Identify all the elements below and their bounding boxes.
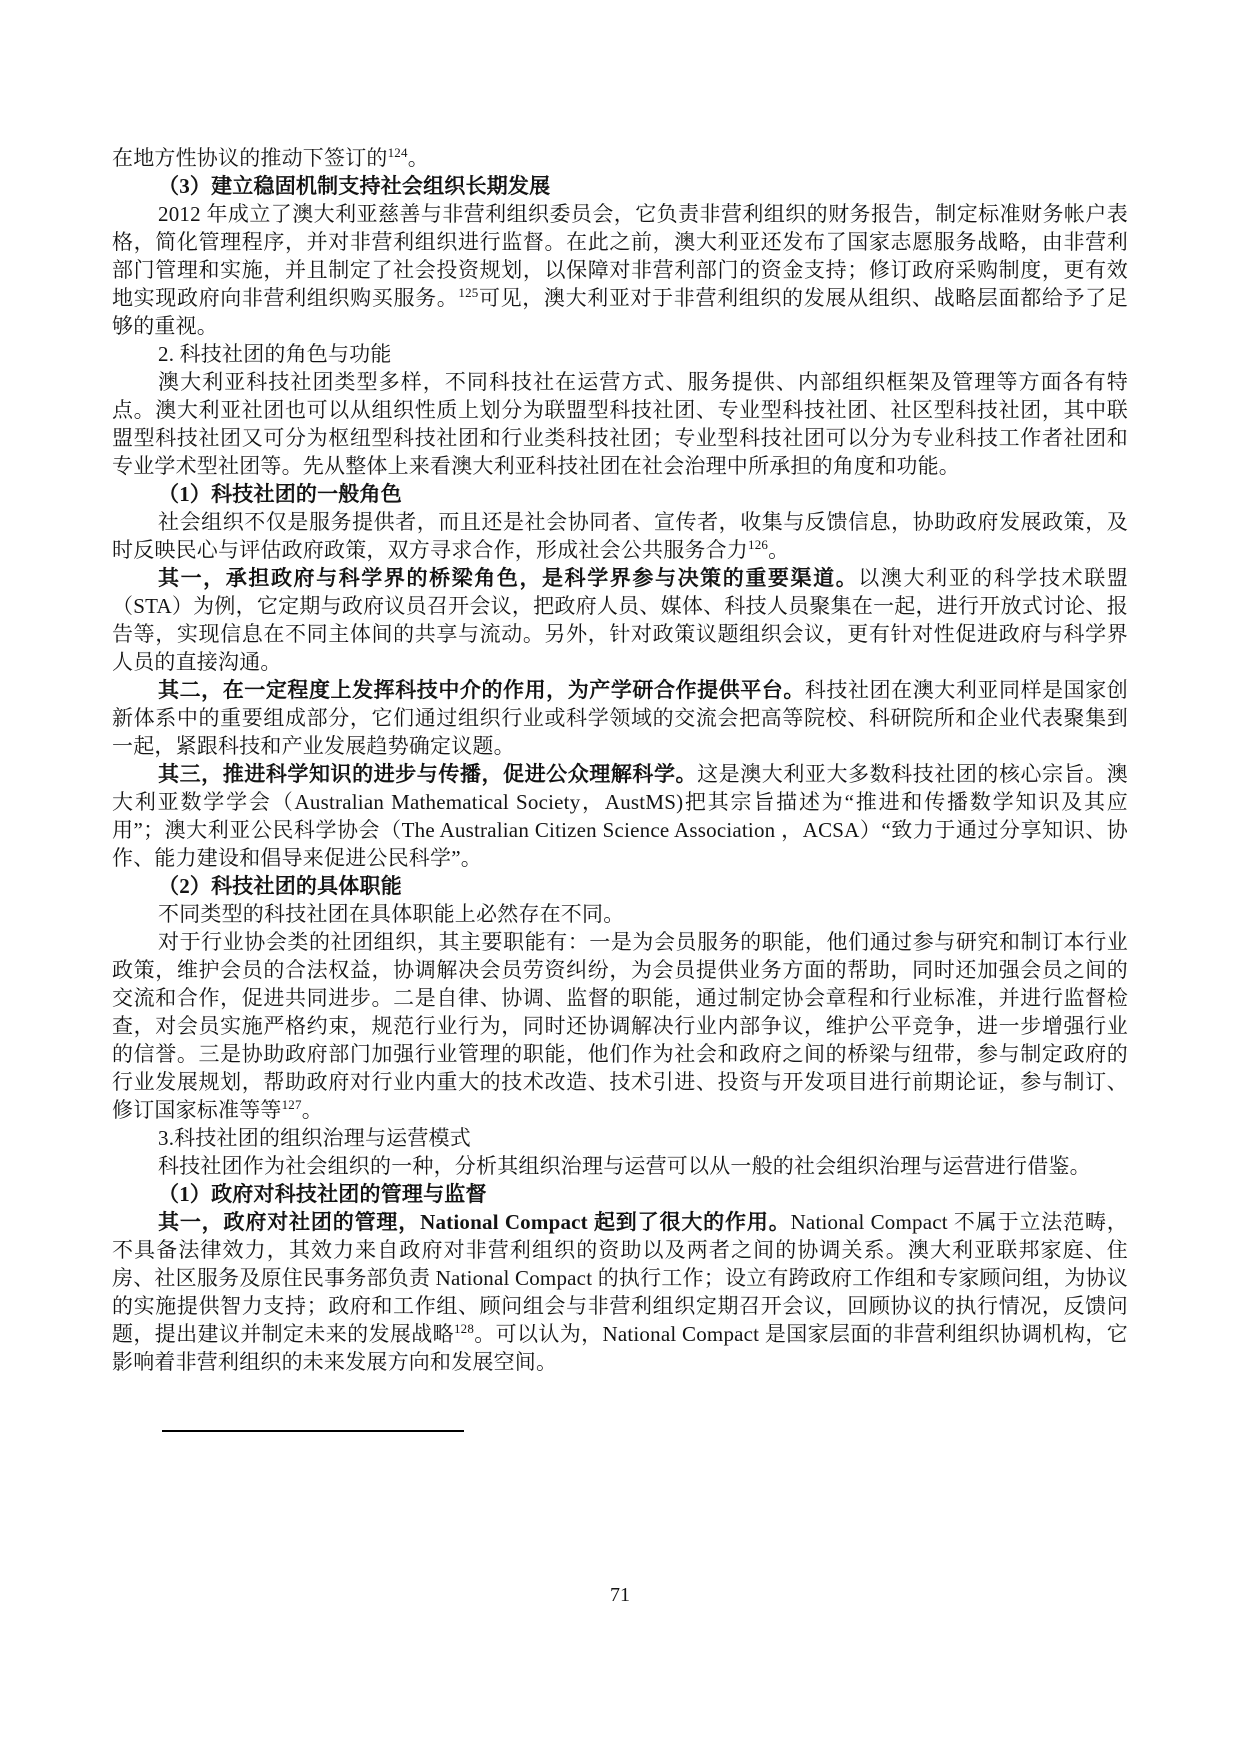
- heading-3-governance-operation: 3.科技社团的组织治理与运营模式: [112, 1124, 1128, 1152]
- document-page: 在地方性协议的推动下签订的124。（3）建立稳固机制支持社会组织长期发展2012…: [0, 0, 1240, 1753]
- footnote-ref-127: 127: [282, 1097, 302, 1112]
- heading-2-role-and-function: 2. 科技社团的角色与功能: [112, 340, 1128, 368]
- para-functions-differ: 不同类型的科技社团在具体职能上必然存在不同。: [112, 900, 1128, 928]
- heading-build-stable-mechanism: （3）建立稳固机制支持社会组织长期发展: [112, 172, 1128, 200]
- para-continued-from-previous-page: 在地方性协议的推动下签订的124。: [112, 144, 1128, 172]
- body-text: 对于行业协会类的社团组织，其主要职能有：一是为会员服务的职能，他们通过参与研究和…: [112, 930, 1128, 1122]
- footnote-ref-124: 124: [388, 145, 408, 160]
- para-sts-types: 澳大利亚科技社团类型多样，不同科技社在运营方式、服务提供、内部组织框架及管理等方…: [112, 368, 1128, 480]
- footnote-separator: [162, 1430, 464, 1432]
- body-text: 不同类型的科技社团在具体职能上必然存在不同。: [158, 902, 624, 926]
- body-text: 。: [768, 538, 789, 562]
- heading-government-management: （1）政府对科技社团的管理与监督: [112, 1180, 1128, 1208]
- bold-lead-text: （2）科技社团的具体职能: [158, 874, 402, 898]
- para-third-science-communication: 其三，推进科学知识的进步与传播，促进公众理解科学。这是澳大利亚大多数科技社团的核…: [112, 760, 1128, 872]
- footnote-ref-125: 125: [458, 285, 478, 300]
- para-general-role: 社会组织不仅是服务提供者，而且还是社会协同者、宣传者，收集与反馈信息，协助政府发…: [112, 508, 1128, 564]
- footnote-ref-128: 128: [454, 1321, 474, 1336]
- heading-specific-functions: （2）科技社团的具体职能: [112, 872, 1128, 900]
- bold-lead-text: 其一，承担政府与科学界的桥梁角色，是科学界参与决策的重要渠道。: [158, 566, 858, 590]
- bold-lead-text: 其一，政府对社团的管理，National Compact 起到了很大的作用。: [158, 1210, 791, 1234]
- heading-general-role: （1）科技社团的一般角色: [112, 480, 1128, 508]
- body-text: 。: [408, 146, 429, 170]
- body-text: 在地方性协议的推动下签订的: [112, 146, 388, 170]
- page-number: 71: [0, 1584, 1240, 1607]
- bold-lead-text: 其二，在一定程度上发挥科技中介的作用，为产学研合作提供平台。: [158, 678, 805, 702]
- para-second-intermediary-platform: 其二，在一定程度上发挥科技中介的作用，为产学研合作提供平台。科技社团在澳大利亚同…: [112, 676, 1128, 760]
- para-first-bridge-role: 其一，承担政府与科学界的桥梁角色，是科学界参与决策的重要渠道。以澳大利亚的科学技…: [112, 564, 1128, 676]
- footnotes-section: [112, 1424, 1128, 1439]
- bold-lead-text: （1）科技社团的一般角色: [158, 482, 402, 506]
- para-acnc-2012: 2012 年成立了澳大利亚慈善与非营利组织委员会，它负责非营利组织的财务报告，制…: [112, 200, 1128, 340]
- bold-lead-text: （3）建立稳固机制支持社会组织长期发展: [158, 174, 550, 198]
- body-text: 。: [302, 1098, 323, 1122]
- body-paragraphs: 在地方性协议的推动下签订的124。（3）建立稳固机制支持社会组织长期发展2012…: [112, 144, 1128, 1376]
- para-governance-intro: 科技社团作为社会组织的一种，分析其组织治理与运营可以从一般的社会组织治理与运营进…: [112, 1152, 1128, 1180]
- bold-lead-text: 其三，推进科学知识的进步与传播，促进公众理解科学。: [158, 762, 697, 786]
- bold-lead-text: （1）政府对科技社团的管理与监督: [158, 1182, 487, 1206]
- body-text: 3.科技社团的组织治理与运营模式: [158, 1126, 471, 1150]
- body-text: 澳大利亚科技社团类型多样，不同科技社在运营方式、服务提供、内部组织框架及管理等方…: [112, 370, 1128, 478]
- para-national-compact: 其一，政府对社团的管理，National Compact 起到了很大的作用。Na…: [112, 1208, 1128, 1376]
- para-industry-association-functions: 对于行业协会类的社团组织，其主要职能有：一是为会员服务的职能，他们通过参与研究和…: [112, 928, 1128, 1124]
- body-text: 2. 科技社团的角色与功能: [158, 342, 392, 366]
- footnote-ref-126: 126: [748, 537, 768, 552]
- body-text: 社会组织不仅是服务提供者，而且还是社会协同者、宣传者，收集与反馈信息，协助政府发…: [112, 510, 1128, 562]
- body-text: 科技社团作为社会组织的一种，分析其组织治理与运营可以从一般的社会组织治理与运营进…: [158, 1154, 1091, 1178]
